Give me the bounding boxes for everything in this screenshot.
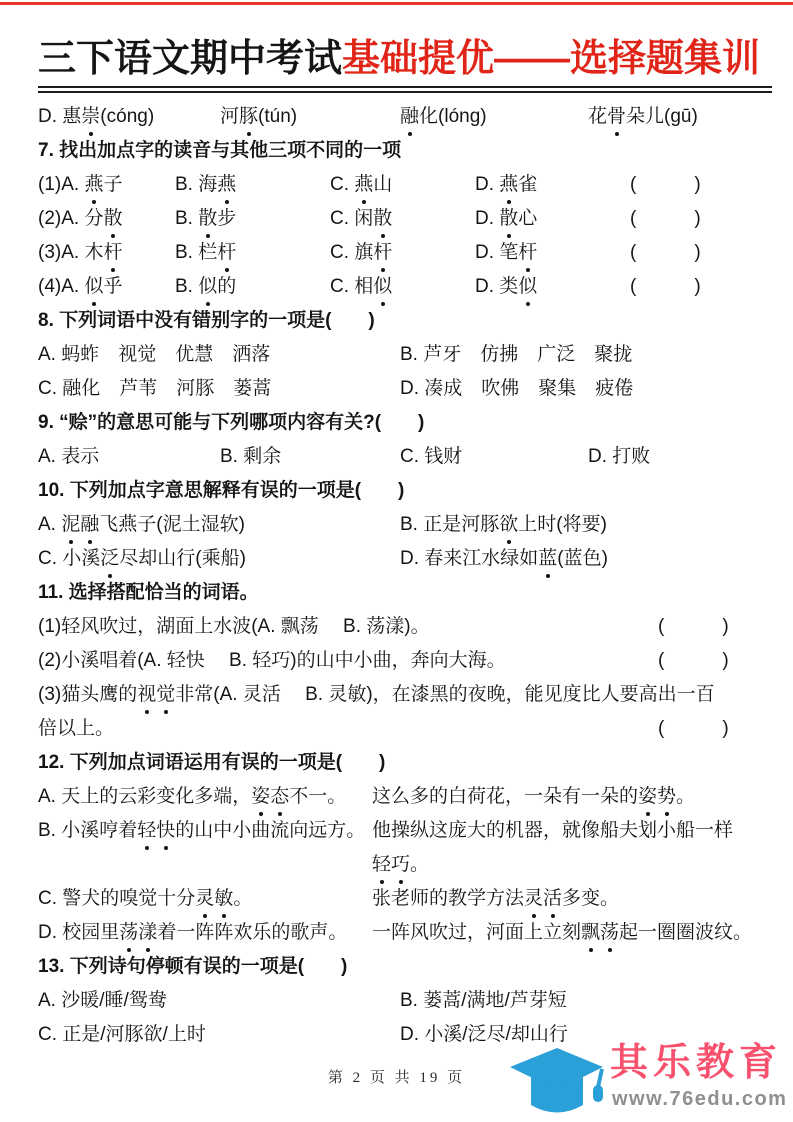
- answer-bracket: ( ): [630, 168, 701, 202]
- answer-bracket: ( ): [630, 270, 701, 304]
- carryover-word: 融化(lóng): [400, 100, 487, 134]
- question-8-heading: 8. 下列词语中没有错别字的一项是( ): [38, 304, 772, 338]
- watermark-url-text: www.76edu.com: [612, 1087, 787, 1111]
- q9-options-row: A. 表示 B. 剩余 C. 钱财 D. 打败: [38, 440, 772, 474]
- q12-row-d: D. 校园里荡漾着一阵阵欢乐的歌声。 一阵风吹过，河面上立刻飘荡起一圈圈波纹。: [38, 916, 772, 950]
- option-a: A. 表示: [38, 440, 99, 474]
- answer-bracket: ( ): [658, 610, 729, 644]
- question-12-heading: 12. 下列加点词语运用有误的一项是( ): [38, 746, 772, 780]
- option-b: B. 似的: [175, 270, 236, 304]
- question-10-heading: 10. 下列加点字意思解释有误的一项是( ): [38, 474, 772, 508]
- q12-sentence-right: 他操纵这庞大的机器，就像船夫划小船一样 轻巧。: [372, 814, 772, 882]
- option-d: D. 笔杆: [475, 236, 537, 270]
- q7-row-4: (4)A. 似乎 B. 似的 C. 相似 D. 类似 ( ): [38, 270, 772, 304]
- q13-row-ab: A. 沙暖/睡/鸳鸯 B. 蒌蒿/满地/芦芽短: [38, 984, 772, 1018]
- title-black-part: 三下语文期中考试: [38, 38, 342, 80]
- option-c: C. 燕山: [330, 168, 392, 202]
- option-d: D. 类似: [475, 270, 537, 304]
- option-d: D. 春来江水绿如蓝(蓝色): [400, 542, 608, 576]
- q11-item-text: (1)轻风吹过，湖面上水波(A. 飘荡 B. 荡漾)。: [38, 616, 430, 637]
- watermark-brand-text: 其乐教育: [610, 1043, 782, 1083]
- option-b: B. 剩余: [220, 440, 281, 474]
- q7-row-3: (3)A. 木杆 B. 栏杆 C. 旗杆 D. 笔杆 ( ): [38, 236, 772, 270]
- option-d: D. 燕雀: [475, 168, 537, 202]
- q7-row-1: (1)A. 燕子 B. 海燕 C. 燕山 D. 燕雀 ( ): [38, 168, 772, 202]
- option-c: C. 旗杆: [330, 236, 392, 270]
- question-9-heading: 9. “赊”的意思可能与下列哪项内容有关?( ): [38, 406, 772, 440]
- option-a: (2)A. 分散: [38, 202, 122, 236]
- option-d: D. 打败: [588, 440, 650, 474]
- answer-bracket: ( ): [630, 202, 701, 236]
- option-b: B. 正是河豚欲上时(将要): [400, 508, 607, 542]
- carryover-option-d: D. 惠崇(cóng): [38, 100, 154, 134]
- option-c: C. 正是/河豚欲/上时: [38, 1018, 206, 1052]
- option-a: (1)A. 燕子: [38, 168, 122, 202]
- option-a: (4)A. 似乎: [38, 270, 122, 304]
- q11-item-text: (3)猫头鹰的视觉非常(A. 灵活 B. 灵敏)，在漆黑的夜晚，能见度比人要高出…: [38, 684, 715, 739]
- top-accent-line: [0, 2, 793, 5]
- q12-sentence-left: B. 小溪哼着轻快的山中小曲流向远方。: [38, 814, 372, 882]
- exam-content: 三下语文期中考试基础提优——选择题集训 D. 惠崇(cóng) 河豚(tún) …: [38, 34, 772, 1052]
- option-b: B. 海燕: [175, 168, 236, 202]
- q12-sentence-left: C. 警犬的嗅觉十分灵敏。: [38, 882, 372, 916]
- answer-bracket: ( ): [630, 236, 701, 270]
- option-b: B. 芦牙 仿拂 广泛 聚拢: [400, 338, 632, 372]
- carryover-word: 花骨朵儿(gū): [588, 100, 698, 134]
- option-b: B. 散步: [175, 202, 236, 236]
- q12-sentence-right: 张老师的教学方法灵活多变。: [372, 882, 772, 916]
- question-13-heading: 13. 下列诗句停顿有误的一项是( ): [38, 950, 772, 984]
- option-a: A. 泥融飞燕子(泥土湿软): [38, 508, 245, 542]
- q12-sentence-left: D. 校园里荡漾着一阵阵欢乐的歌声。: [38, 916, 372, 950]
- title-red-part: 基础提优——选择题集训: [342, 38, 760, 80]
- carryover-option-row: D. 惠崇(cóng) 河豚(tún) 融化(lóng) 花骨朵儿(gū): [38, 100, 772, 134]
- answer-bracket: ( ): [658, 644, 729, 678]
- option-c: C. 小溪泛尽却山行(乘船): [38, 542, 246, 576]
- option-b: B. 栏杆: [175, 236, 236, 270]
- option-d: D. 凑成 吹佛 聚集 疲倦: [400, 372, 633, 406]
- question-11-heading: 11. 选择搭配恰当的词语。: [38, 576, 772, 610]
- option-c: C. 相似: [330, 270, 392, 304]
- option-a: (3)A. 木杆: [38, 236, 122, 270]
- exam-page: 三下语文期中考试基础提优——选择题集训 D. 惠崇(cóng) 河豚(tún) …: [0, 0, 793, 1122]
- option-d: D. 散心: [475, 202, 537, 236]
- q12-row-a: A. 天上的云彩变化多端，姿态不一。 这么多的白荷花，一朵有一朵的姿势。: [38, 780, 772, 814]
- page-title: 三下语文期中考试基础提优——选择题集训: [38, 34, 772, 93]
- carryover-word: 河豚(tún): [220, 100, 297, 134]
- q12-sentence-right: 一阵风吹过，河面上立刻飘荡起一圈圈波纹。: [372, 916, 772, 950]
- option-a: A. 蚂蚱 视觉 优慧 洒落: [38, 338, 270, 372]
- option-c: C. 钱财: [400, 440, 462, 474]
- q8-row-ab: A. 蚂蚱 视觉 优慧 洒落 B. 芦牙 仿拂 广泛 聚拢: [38, 338, 772, 372]
- option-b: B. 蒌蒿/满地/芦芽短: [400, 984, 567, 1018]
- answer-bracket: ( ): [658, 712, 729, 746]
- q12-row-b: B. 小溪哼着轻快的山中小曲流向远方。 他操纵这庞大的机器，就像船夫划小船一样 …: [38, 814, 772, 882]
- question-7-heading: 7. 找出加点字的读音与其他三项不同的一项: [38, 134, 772, 168]
- q8-row-cd: C. 融化 芦苇 河豚 蒌蒿 D. 凑成 吹佛 聚集 疲倦: [38, 372, 772, 406]
- option-a: A. 沙暖/睡/鸳鸯: [38, 984, 167, 1018]
- q11-item-1: (1)轻风吹过，湖面上水波(A. 飘荡 B. 荡漾)。 ( ): [38, 610, 772, 644]
- q12-sentence-left: A. 天上的云彩变化多端，姿态不一。: [38, 780, 372, 814]
- q11-item-3: (3)猫头鹰的视觉非常(A. 灵活 B. 灵敏)，在漆黑的夜晚，能见度比人要高出…: [38, 678, 772, 746]
- q12-row-c: C. 警犬的嗅觉十分灵敏。 张老师的教学方法灵活多变。: [38, 882, 772, 916]
- option-c: C. 融化 芦苇 河豚 蒌蒿: [38, 372, 271, 406]
- q10-row-cd: C. 小溪泛尽却山行(乘船) D. 春来江水绿如蓝(蓝色): [38, 542, 772, 576]
- q11-item-text: (2)小溪唱着(A. 轻快 B. 轻巧)的山中小曲，奔向大海。: [38, 650, 506, 671]
- q7-row-2: (2)A. 分散 B. 散步 C. 闲散 D. 散心 ( ): [38, 202, 772, 236]
- option-c: C. 闲散: [330, 202, 392, 236]
- watermark: 其乐教育 www.76edu.com: [498, 1015, 793, 1122]
- q12-sentence-right: 这么多的白荷花，一朵有一朵的姿势。: [372, 780, 772, 814]
- q11-item-2: (2)小溪唱着(A. 轻快 B. 轻巧)的山中小曲，奔向大海。 ( ): [38, 644, 772, 678]
- q10-row-ab: A. 泥融飞燕子(泥土湿软) B. 正是河豚欲上时(将要): [38, 508, 772, 542]
